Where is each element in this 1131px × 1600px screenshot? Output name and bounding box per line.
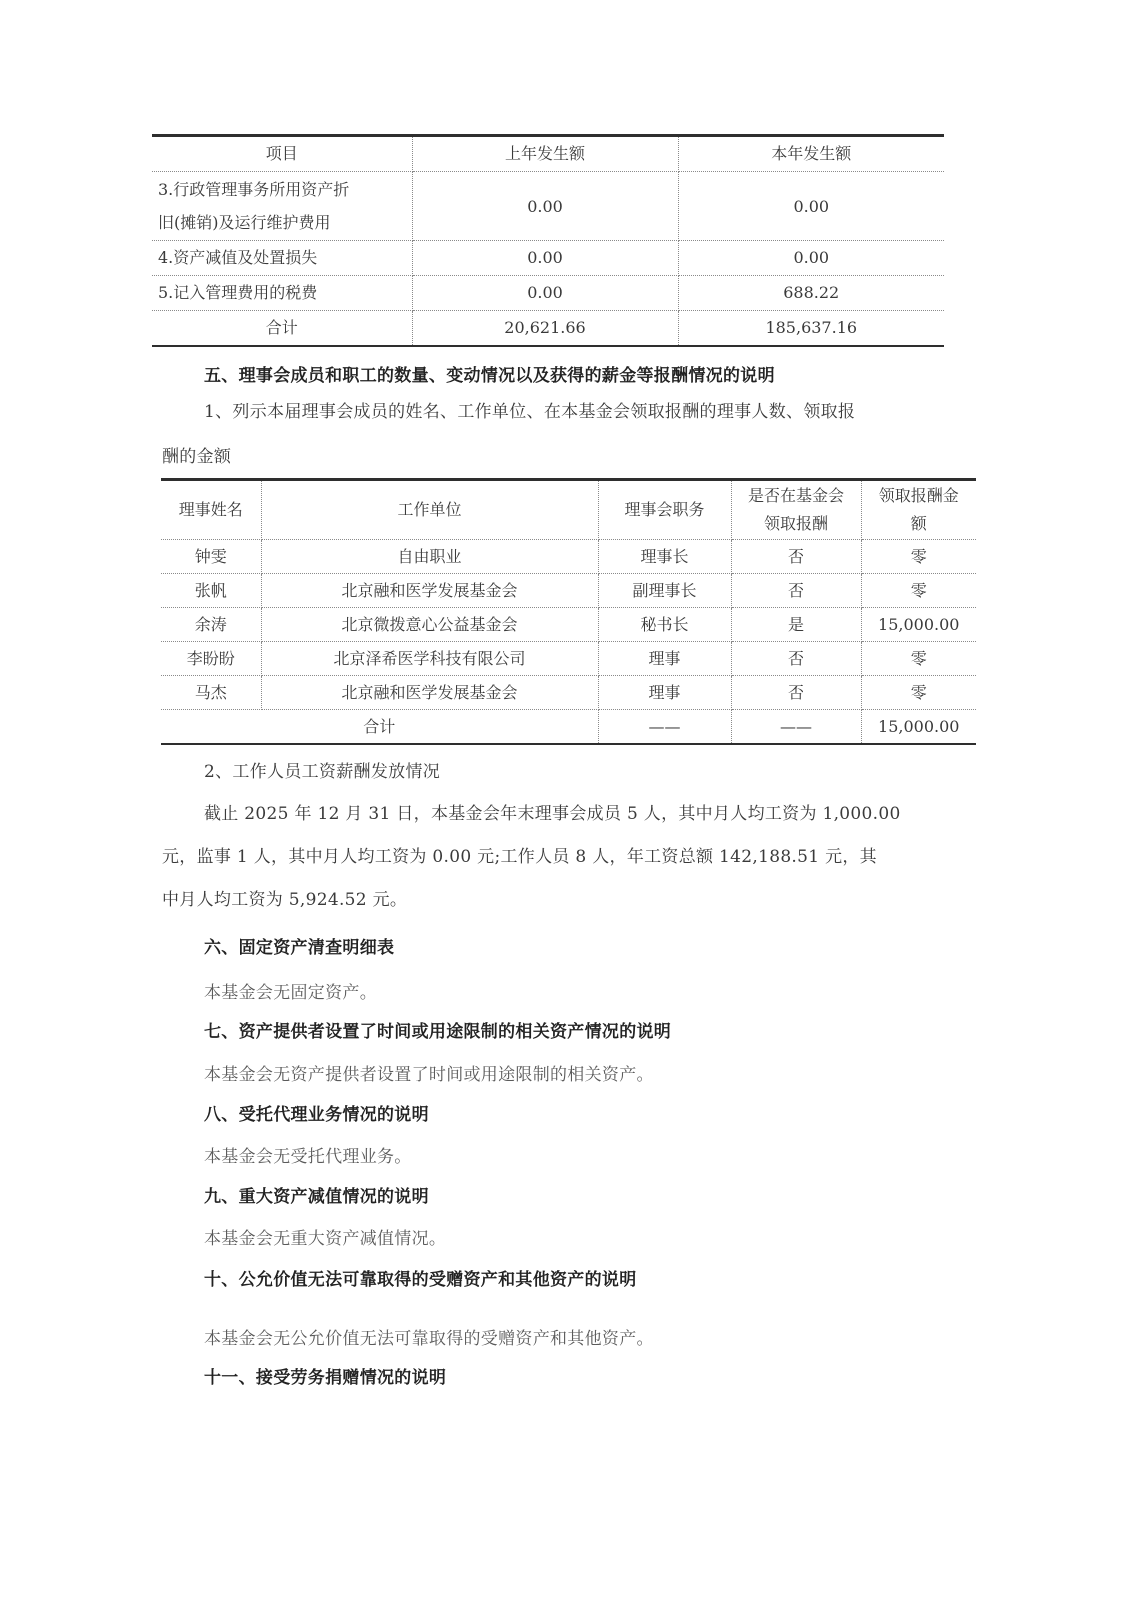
table-row: 余涛 北京微拨意心公益基金会 秘书长 是 15,000.00 (161, 608, 976, 642)
director-amount: 零 (861, 642, 976, 676)
section-5-sub2-heading: 2、工作人员工资薪酬发放情况 (204, 760, 440, 784)
director-paid: 否 (731, 540, 861, 574)
item-line-2: 旧(摊销)及运行维护费用 (158, 206, 406, 239)
header-paid-line2: 领取报酬 (738, 510, 855, 538)
section-9-heading: 九、重大资产减值情况的说明 (204, 1185, 429, 1209)
section-7-body: 本基金会无资产提供者设置了时间或用途限制的相关资产。 (204, 1063, 654, 1087)
table-row: 马杰 北京融和医学发展基金会 理事 否 零 (161, 676, 976, 710)
table-row: 钟雯 自由职业 理事长 否 零 (161, 540, 976, 574)
section-5-sub2-line1: 截止 2025 年 12 月 31 日，本基金会年末理事会成员 5 人，其中月人… (204, 802, 901, 826)
director-position: 理事 (598, 676, 731, 710)
expense-table: 项目 上年发生额 本年发生额 3.行政管理事务所用资产折 旧(摊销)及运行维护费… (152, 134, 944, 347)
director-amount: 零 (861, 540, 976, 574)
curr-value: 688.22 (678, 276, 944, 311)
item-line-1: 3.行政管理事务所用资产折 (158, 173, 406, 206)
header-director-name: 理事姓名 (161, 480, 261, 540)
prev-value: 0.00 (412, 172, 678, 241)
header-amount: 领取报酬金 额 (861, 480, 976, 540)
section-9-body: 本基金会无重大资产减值情况。 (204, 1227, 446, 1251)
total-curr: 185,637.16 (678, 311, 944, 347)
director-unit: 北京泽希医学科技有限公司 (261, 642, 598, 676)
directors-table: 理事姓名 工作单位 理事会职务 是否在基金会 领取报酬 领取报酬金 额 钟雯 自… (161, 478, 976, 745)
director-paid: 否 (731, 574, 861, 608)
table-header-row: 理事姓名 工作单位 理事会职务 是否在基金会 领取报酬 领取报酬金 额 (161, 480, 976, 540)
section-5-sub1-line2: 酬的金额 (162, 445, 231, 469)
table-header-row: 项目 上年发生额 本年发生额 (152, 136, 944, 172)
item-cell: 3.行政管理事务所用资产折 旧(摊销)及运行维护费用 (152, 172, 412, 241)
director-unit: 北京微拨意心公益基金会 (261, 608, 598, 642)
section-5-sub2-line3: 中月人均工资为 5,924.52 元。 (162, 888, 407, 912)
director-name: 钟雯 (161, 540, 261, 574)
prev-value: 0.00 (412, 241, 678, 276)
header-prev-year: 上年发生额 (412, 136, 678, 172)
header-item: 项目 (152, 136, 412, 172)
director-paid: 否 (731, 676, 861, 710)
document-page: 项目 上年发生额 本年发生额 3.行政管理事务所用资产折 旧(摊销)及运行维护费… (0, 0, 1131, 1600)
item-cell: 4.资产减值及处置损失 (152, 241, 412, 276)
director-name: 余涛 (161, 608, 261, 642)
table-row: 4.资产减值及处置损失 0.00 0.00 (152, 241, 944, 276)
header-amount-line2: 额 (868, 510, 971, 538)
section-7-heading: 七、资产提供者设置了时间或用途限制的相关资产情况的说明 (204, 1020, 671, 1044)
total-prev: 20,621.66 (412, 311, 678, 347)
header-paid: 是否在基金会 领取报酬 (731, 480, 861, 540)
header-work-unit: 工作单位 (261, 480, 598, 540)
header-curr-year: 本年发生额 (678, 136, 944, 172)
director-amount: 15,000.00 (861, 608, 976, 642)
section-10-body: 本基金会无公允价值无法可靠取得的受赠资产和其他资产。 (204, 1327, 654, 1351)
section-5-sub1-line1: 1、列示本届理事会成员的姓名、工作单位、在本基金会领取报酬的理事人数、领取报 (204, 400, 855, 424)
director-position: 理事 (598, 642, 731, 676)
section-6-heading: 六、固定资产清查明细表 (204, 936, 394, 960)
header-amount-line1: 领取报酬金 (868, 482, 971, 510)
section-8-heading: 八、受托代理业务情况的说明 (204, 1103, 429, 1127)
director-amount: 零 (861, 676, 976, 710)
table-total-row: 合计 —— —— 15,000.00 (161, 710, 976, 745)
section-10-heading: 十、公允价值无法可靠取得的受赠资产和其他资产的说明 (204, 1268, 637, 1292)
table-row: 5.记入管理费用的税费 0.00 688.22 (152, 276, 944, 311)
director-position: 秘书长 (598, 608, 731, 642)
total-paid: —— (731, 710, 861, 745)
section-8-body: 本基金会无受托代理业务。 (204, 1145, 412, 1169)
table-total-row: 合计 20,621.66 185,637.16 (152, 311, 944, 347)
director-paid: 是 (731, 608, 861, 642)
total-label: 合计 (161, 710, 598, 745)
director-unit: 自由职业 (261, 540, 598, 574)
director-name: 张帆 (161, 574, 261, 608)
total-label: 合计 (152, 311, 412, 347)
director-unit: 北京融和医学发展基金会 (261, 676, 598, 710)
section-6-body: 本基金会无固定资产。 (204, 981, 377, 1005)
total-amount: 15,000.00 (861, 710, 976, 745)
table-row: 李盼盼 北京泽希医学科技有限公司 理事 否 零 (161, 642, 976, 676)
header-paid-line1: 是否在基金会 (738, 482, 855, 510)
total-position: —— (598, 710, 731, 745)
section-5-heading: 五、理事会成员和职工的数量、变动情况以及获得的薪金等报酬情况的说明 (204, 364, 775, 388)
header-position: 理事会职务 (598, 480, 731, 540)
director-paid: 否 (731, 642, 861, 676)
director-amount: 零 (861, 574, 976, 608)
director-position: 副理事长 (598, 574, 731, 608)
director-name: 李盼盼 (161, 642, 261, 676)
curr-value: 0.00 (678, 241, 944, 276)
director-position: 理事长 (598, 540, 731, 574)
prev-value: 0.00 (412, 276, 678, 311)
section-5-sub2-line2: 元，监事 1 人，其中月人均工资为 0.00 元;工作人员 8 人，年工资总额 … (162, 845, 877, 869)
table-row: 张帆 北京融和医学发展基金会 副理事长 否 零 (161, 574, 976, 608)
item-cell: 5.记入管理费用的税费 (152, 276, 412, 311)
director-unit: 北京融和医学发展基金会 (261, 574, 598, 608)
director-name: 马杰 (161, 676, 261, 710)
table-row: 3.行政管理事务所用资产折 旧(摊销)及运行维护费用 0.00 0.00 (152, 172, 944, 241)
section-11-heading: 十一、接受劳务捐赠情况的说明 (204, 1366, 446, 1390)
curr-value: 0.00 (678, 172, 944, 241)
